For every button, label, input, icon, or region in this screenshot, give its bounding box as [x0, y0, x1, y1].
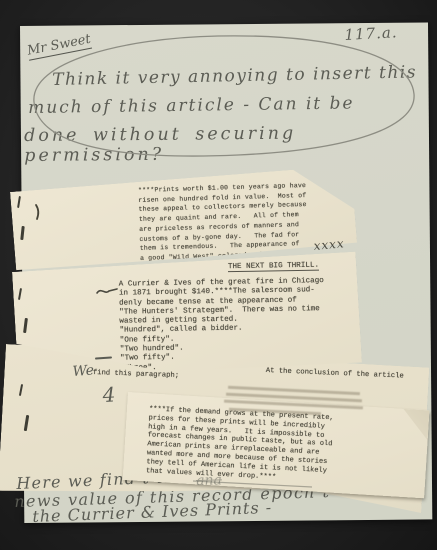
clipping-1-annotation: xxxx — [313, 236, 345, 253]
archival-scan: Mr Sweet Think it very annoying to inser… — [0, 0, 437, 550]
clipping-2-title: THE NEXT BIG THRILL. — [228, 262, 319, 273]
fragment-handwritten-number: 4 — [102, 382, 116, 407]
fragment-handwritten-we: We — [72, 362, 95, 379]
page-number-label: 117.a. — [344, 23, 398, 44]
clipping-demand-grows: ****If the demand grows at the present r… — [123, 392, 430, 498]
note-line-3: done without securing permission? — [24, 122, 437, 166]
bottom-note-crossed-out: ana — [196, 472, 222, 489]
clipping-4-text: ****If the demand grows at the present r… — [146, 405, 334, 484]
folded-corner — [402, 409, 430, 441]
